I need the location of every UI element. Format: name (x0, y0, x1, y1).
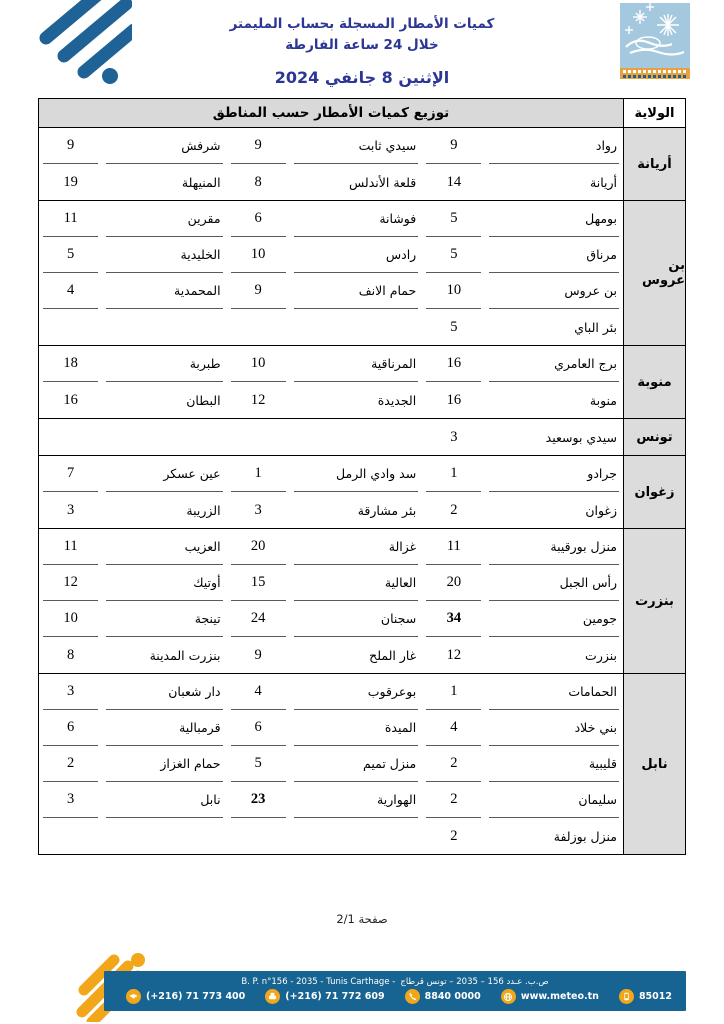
rain-value: 15 (231, 565, 286, 601)
rain-value: 9 (231, 128, 286, 164)
rain-value (231, 419, 286, 455)
footer-address-ar: ص.ب. عـدد 156 – 2035 – تونس قرطاج (400, 978, 548, 987)
rain-value: 20 (231, 529, 286, 565)
rain-value (43, 309, 98, 345)
rain-value: 16 (426, 346, 481, 382)
station-name: طبربة (106, 346, 222, 382)
rain-value: 11 (426, 529, 481, 565)
phone-icon (126, 989, 141, 1004)
station-name: نابل (106, 782, 222, 818)
station-name: بئر مشارقة (294, 492, 418, 528)
rain-value: 1 (231, 456, 286, 492)
table-row: أريانة14قلعة الأندلس8المنيهلة19 (39, 164, 623, 200)
footer-website-url: www.meteo.tn (521, 991, 599, 1002)
rain-value: 11 (43, 201, 98, 237)
station-name: قرمبالية (106, 710, 222, 746)
footer-sms: 85012 (619, 989, 672, 1004)
rain-value: 14 (426, 164, 481, 200)
station-name: جومين (489, 601, 619, 637)
table-row: قليبية2منزل تميم5حمام الغزاز2 (39, 746, 623, 782)
rain-value: 4 (426, 710, 481, 746)
station-name: غار الملح (294, 637, 418, 673)
station-name: رأس الجبل (489, 565, 619, 601)
governorate-group: منوبةبرج العامري16المرناقية10طبربة18منوب… (39, 346, 685, 419)
rain-value: 16 (426, 382, 481, 418)
table-row: بئر الباي5 (39, 309, 623, 345)
station-name: حمام الانف (294, 273, 418, 309)
rain-value: 6 (231, 201, 286, 237)
station-name: الحمامات (489, 674, 619, 710)
governorate-cell: بنزرت (623, 529, 685, 673)
station-name: دار شعبان (106, 674, 222, 710)
rain-value: 3 (231, 492, 286, 528)
station-name: تينجة (106, 601, 222, 637)
table-row: جومين34سجنان24تينجة10 (39, 601, 623, 637)
footer-address-fr: B. P. n°156 - 2035 - Tunis Carthage - (241, 978, 395, 987)
rain-value: 8 (43, 637, 98, 673)
governorate-group: أريانةرواد9سيدي ثابت9شرفش9أريانة14قلعة ا… (39, 128, 685, 201)
footer-callcenter: 8840 0000 (405, 989, 481, 1004)
rain-value: 8 (231, 164, 286, 200)
station-name: عين عسكر (106, 456, 222, 492)
handset-icon (405, 989, 420, 1004)
station-name: سجنان (294, 601, 418, 637)
rain-value: 6 (231, 710, 286, 746)
station-name (294, 309, 418, 345)
rain-value: 2 (426, 746, 481, 782)
table-row: جرادو1سد وادي الرمل1عين عسكر7 (39, 456, 623, 492)
station-name: منوبة (489, 382, 619, 418)
footer-address: B. P. n°156 - 2035 - Tunis Carthage - ص.… (104, 978, 686, 987)
table-row: سليمان2الهوارية23نابل3 (39, 782, 623, 818)
rain-value (231, 309, 286, 345)
table-row: برج العامري16المرناقية10طبربة18 (39, 346, 623, 382)
governorate-group: بنزرتمنزل بورقيبة11غزالة20العزيب11رأس ال… (39, 529, 685, 674)
document-page: كميات الأمطار المسجلة بحساب المليمتر خلا… (0, 0, 724, 1024)
station-name: الجديدة (294, 382, 418, 418)
station-name (106, 309, 222, 345)
rain-value: 10 (231, 237, 286, 273)
rain-value: 10 (231, 346, 286, 382)
rain-value: 5 (426, 201, 481, 237)
governorate-cell: نابل (623, 674, 685, 854)
rain-value: 18 (43, 346, 98, 382)
station-name: بن عروس (489, 273, 619, 309)
station-name: سليمان (489, 782, 619, 818)
rain-value: 19 (43, 164, 98, 200)
rain-value: 2 (426, 818, 481, 854)
rain-value: 1 (426, 456, 481, 492)
station-name: سد وادي الرمل (294, 456, 418, 492)
governorate-column-header: الولاية (623, 99, 685, 127)
footer-fax: (+216) 71 772 609 (265, 989, 384, 1004)
station-name: بوعرقوب (294, 674, 418, 710)
rain-value: 10 (426, 273, 481, 309)
station-name: قليبية (489, 746, 619, 782)
governorate-cell: زغوان (623, 456, 685, 528)
station-name: الزريبة (106, 492, 222, 528)
rain-value: 1 (426, 674, 481, 710)
rain-value: 23 (231, 782, 286, 818)
footer-phone-number: (+216) 71 773 400 (146, 991, 245, 1002)
table-row: الحمامات1بوعرقوب4دار شعبان3 (39, 674, 623, 710)
rain-value: 34 (426, 601, 481, 637)
station-name: منزل تميم (294, 746, 418, 782)
rain-value: 5 (426, 309, 481, 345)
rain-value: 9 (426, 128, 481, 164)
rain-value: 2 (426, 782, 481, 818)
governorate-group: بن عروسبومهل5فوشانة6مقرين11مرناق5رادس10ا… (39, 201, 685, 346)
station-name: أوتيك (106, 565, 222, 601)
rain-value: 12 (43, 565, 98, 601)
sms-icon (619, 989, 634, 1004)
station-name: المرناقية (294, 346, 418, 382)
table-header-row: الولاية توزيع كميات الأمطار حسب المناطق (39, 99, 685, 128)
rain-value: 9 (231, 637, 286, 673)
table-row: بن عروس10حمام الانف9المحمدية4 (39, 273, 623, 309)
table-row: سيدي بوسعيد3 (39, 419, 623, 455)
table-row: بنزرت12غار الملح9بنزرت المدينة8 (39, 637, 623, 673)
rain-value: 3 (43, 782, 98, 818)
station-name: غزالة (294, 529, 418, 565)
rain-value: 16 (43, 382, 98, 418)
rain-value: 11 (43, 529, 98, 565)
rain-value: 5 (426, 237, 481, 273)
rain-value: 5 (231, 746, 286, 782)
table-row: زغوان2بئر مشارقة3الزريبة3 (39, 492, 623, 528)
footer-fax-number: (+216) 71 772 609 (285, 991, 384, 1002)
governorate-cell: أريانة (623, 128, 685, 200)
governorate-cell: بن عروس (623, 201, 685, 345)
table-row: مرناق5رادس10الخليدية5 (39, 237, 623, 273)
station-name: مرناق (489, 237, 619, 273)
rain-value: 6 (43, 710, 98, 746)
station-name: بنزرت (489, 637, 619, 673)
station-name: العزيب (106, 529, 222, 565)
station-name (106, 818, 222, 854)
footer-website: www.meteo.tn (501, 989, 599, 1004)
table-row: رواد9سيدي ثابت9شرفش9 (39, 128, 623, 164)
rain-value: 7 (43, 456, 98, 492)
governorate-group: تونسسيدي بوسعيد3 (39, 419, 685, 456)
rain-value: 20 (426, 565, 481, 601)
footer-banner: B. P. n°156 - 2035 - Tunis Carthage - ص.… (104, 971, 686, 1011)
governorate-group: نابلالحمامات1بوعرقوب4دار شعبان3بني خلاد4… (39, 674, 685, 854)
footer-sms-number: 85012 (639, 991, 672, 1002)
report-title-line2: خلال 24 ساعة الفارطة (0, 35, 724, 56)
rain-value: 12 (231, 382, 286, 418)
rain-value: 9 (231, 273, 286, 309)
rainfall-table: الولاية توزيع كميات الأمطار حسب المناطق … (38, 98, 686, 855)
rain-value (43, 419, 98, 455)
station-name: الخليدية (106, 237, 222, 273)
page-number: صفحة 2/1 (0, 912, 724, 926)
globe-icon (501, 989, 516, 1004)
governorate-cell: منوبة (623, 346, 685, 418)
station-name: زغوان (489, 492, 619, 528)
station-name: حمام الغزاز (106, 746, 222, 782)
station-name: رادس (294, 237, 418, 273)
station-name: قلعة الأندلس (294, 164, 418, 200)
station-name: بومهل (489, 201, 619, 237)
station-name: الهوارية (294, 782, 418, 818)
rain-value: 24 (231, 601, 286, 637)
station-name: منزل بورقيبة (489, 529, 619, 565)
rain-value: 12 (426, 637, 481, 673)
table-row: بني خلاد4الميدة6قرمبالية6 (39, 710, 623, 746)
footer-callcenter-number: 8840 0000 (425, 991, 481, 1002)
station-name: سيدي ثابت (294, 128, 418, 164)
station-name: بني خلاد (489, 710, 619, 746)
rain-value: 4 (231, 674, 286, 710)
governorate-cell: تونس (623, 419, 685, 455)
rain-value: 4 (43, 273, 98, 309)
rain-value (43, 818, 98, 854)
station-name: بئر الباي (489, 309, 619, 345)
rain-value (231, 818, 286, 854)
station-name: شرفش (106, 128, 222, 164)
report-title-line1: كميات الأمطار المسجلة بحساب المليمتر (0, 14, 724, 35)
station-name: بنزرت المدينة (106, 637, 222, 673)
station-name: مقرين (106, 201, 222, 237)
governorate-group: زغوانجرادو1سد وادي الرمل1عين عسكر7زغوان2… (39, 456, 685, 529)
table-row: منوبة16الجديدة12البطان16 (39, 382, 623, 418)
footer-phone: (+216) 71 773 400 (126, 989, 245, 1004)
station-name (294, 419, 418, 455)
station-name: سيدي بوسعيد (489, 419, 619, 455)
station-name: فوشانة (294, 201, 418, 237)
station-name (294, 818, 418, 854)
table-row: منزل بورقيبة11غزالة20العزيب11 (39, 529, 623, 565)
station-name: برج العامري (489, 346, 619, 382)
rain-value: 10 (43, 601, 98, 637)
station-name: جرادو (489, 456, 619, 492)
station-name: العالية (294, 565, 418, 601)
report-date: الإثنين 8 جانفي 2024 (0, 68, 724, 87)
footer-contacts: (+216) 71 773 400 (+216) 71 772 609 8840… (104, 989, 686, 1004)
station-name: أريانة (489, 164, 619, 200)
station-name: منزل بوزلفة (489, 818, 619, 854)
station-name: المحمدية (106, 273, 222, 309)
station-name (106, 419, 222, 455)
rain-value: 9 (43, 128, 98, 164)
station-name: البطان (106, 382, 222, 418)
table-title: توزيع كميات الأمطار حسب المناطق (39, 99, 623, 127)
rain-value: 3 (426, 419, 481, 455)
station-name: الميدة (294, 710, 418, 746)
rain-value: 5 (43, 237, 98, 273)
table-row: منزل بوزلفة2 (39, 818, 623, 854)
rain-value: 2 (426, 492, 481, 528)
station-name: المنيهلة (106, 164, 222, 200)
fax-icon (265, 989, 280, 1004)
rain-value: 3 (43, 674, 98, 710)
station-name: رواد (489, 128, 619, 164)
table-row: رأس الجبل20العالية15أوتيك12 (39, 565, 623, 601)
table-row: بومهل5فوشانة6مقرين11 (39, 201, 623, 237)
rain-value: 3 (43, 492, 98, 528)
rain-value: 2 (43, 746, 98, 782)
